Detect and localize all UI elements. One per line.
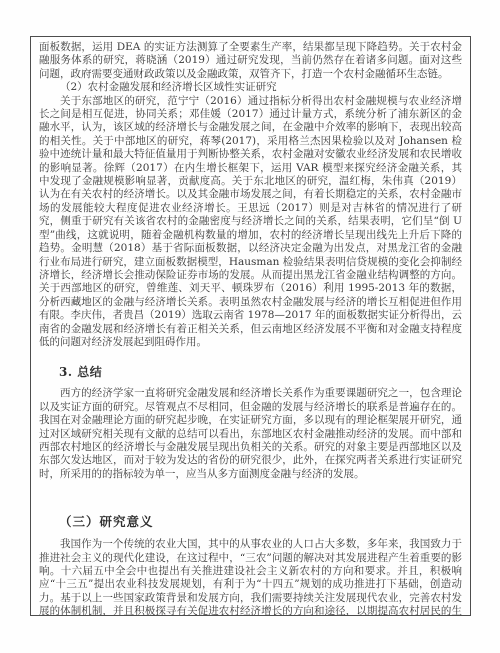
summary-heading: 3. 总结 <box>39 363 462 380</box>
research-significance-paragraph: 我国作为一个传统的农业大国，其中的从事农业的人口占大多数，多年来，我国致力于推进… <box>39 538 462 616</box>
subsection-title-regional-study: （2）农村金融发展和经济增长区域性实证研究 <box>39 81 462 94</box>
text-frame: 面板数据，运用 DEA 的实证方法测算了全要素生产率，结果都呈现下降趋势。关于农… <box>30 36 471 616</box>
document-page: 面板数据，运用 DEA 的实证方法测算了全要素生产率，结果都呈现下降趋势。关于农… <box>0 0 500 653</box>
summary-paragraph: 西方的经济学家一直将研究金融发展和经济增长关系作为重要课题研究之一，包含理论以及… <box>39 387 462 481</box>
regional-literature-paragraph: 关于东部地区的研究，范宁宁（2016）通过指标分析得出农村金融规模与农业经济增长… <box>39 95 462 350</box>
research-significance-heading: （三）研究意义 <box>39 512 462 530</box>
continued-paragraph: 面板数据，运用 DEA 的实证方法测算了全要素生产率，结果都呈现下降趋势。关于农… <box>39 41 462 81</box>
